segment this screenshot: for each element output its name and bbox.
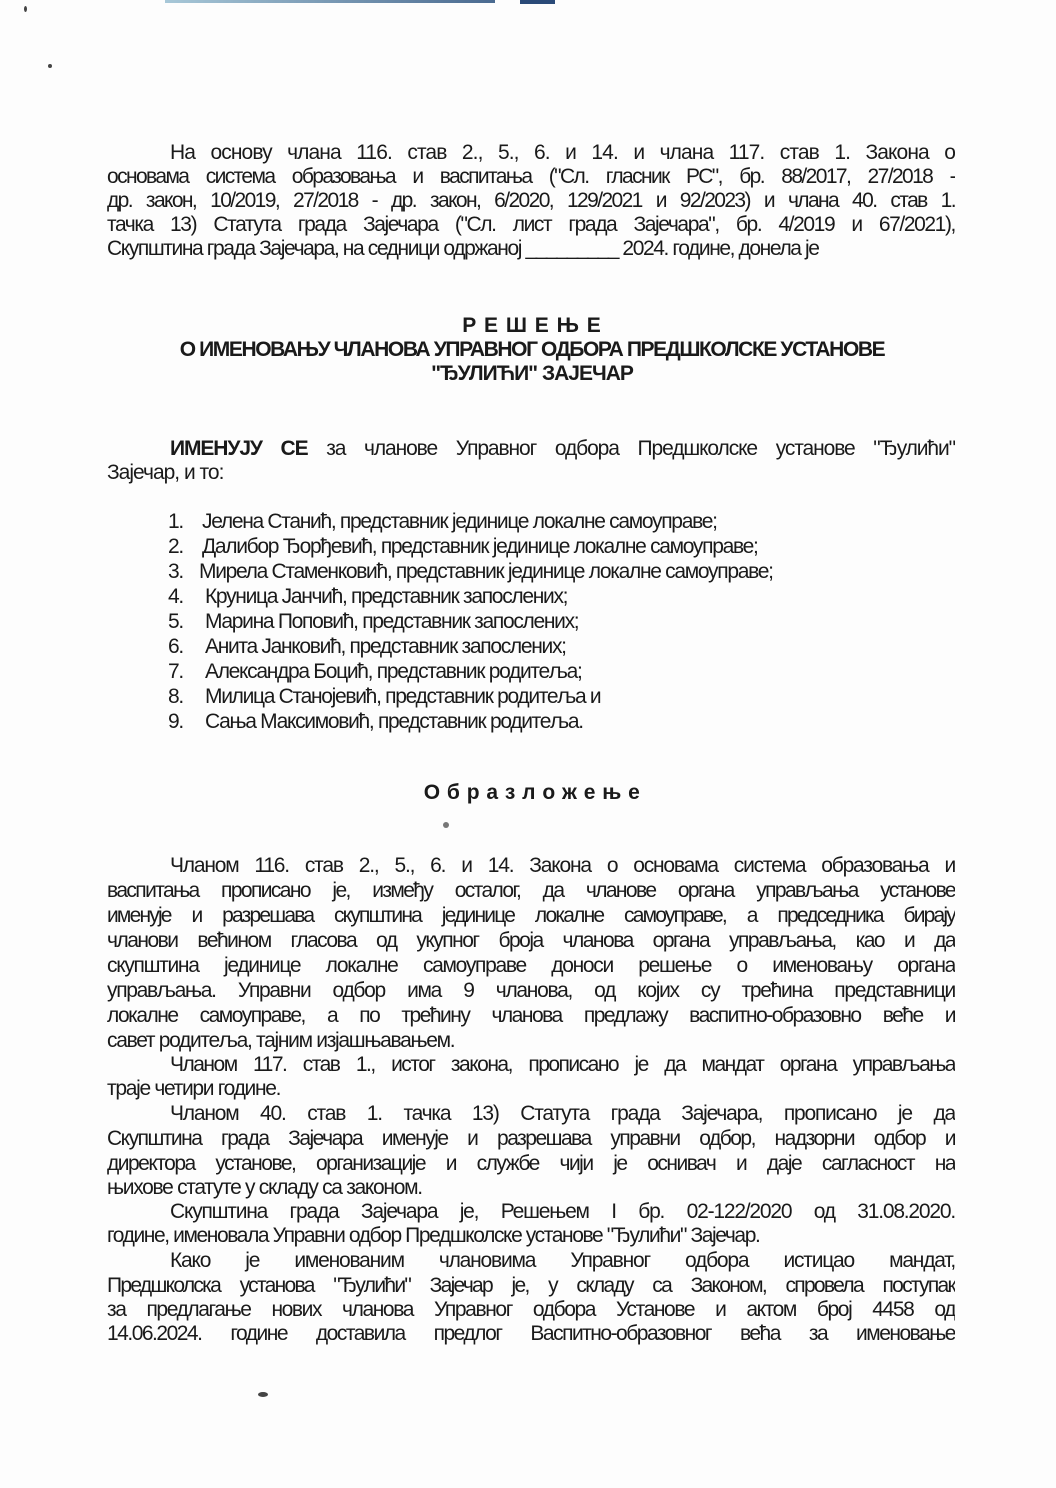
list-text: Анита Јанковић, представник запослених; (205, 635, 566, 658)
preamble-line: др. закон, 10/2019, 27/2018 - др. закон,… (107, 189, 955, 213)
explanation-line: Чланом 117. став 1., истог закона, пропи… (170, 1053, 955, 1077)
list-text: Милица Станојевић, представник родитеља … (205, 685, 600, 708)
list-number: 1. (168, 510, 202, 534)
explanation-line: Како је именованим члановима Управног од… (170, 1249, 955, 1273)
document-page: На основу члана 116. став 2., 5., 6. и 1… (0, 0, 1056, 1488)
list-item: 7.Александра Боцић, представник родитеља… (168, 660, 582, 684)
explanation-line: управљања. Управни одбор има 9 чланова, … (107, 979, 955, 1003)
list-item: 6.Анита Јанковић, представник запослених… (168, 635, 566, 659)
explanation-line: локалне самоуправе, а по трећину чланова… (107, 1004, 955, 1028)
explanation-line: Скупштина града Зајечара је, Решењем I б… (170, 1200, 955, 1224)
explanation-line: Скупштина града Зајечара именује и разре… (107, 1127, 955, 1151)
explanation-line: скупштина јединице локалне самоуправе до… (107, 954, 955, 978)
preamble-line: На основу члана 116. став 2., 5., 6. и 1… (170, 141, 955, 165)
list-number: 4. (168, 585, 205, 609)
explanation-line: директора установе, организације и служб… (107, 1152, 955, 1176)
explanation-line: савет родитеља, тајним изјашњавањем. (107, 1029, 454, 1053)
list-item: 4.Круница Јанчић, представник запослених… (168, 585, 567, 609)
explanation-line: именује и разрешава скупштина јединице л… (107, 904, 955, 928)
list-item: 3.Мирела Стаменковић, представник једини… (168, 560, 773, 584)
preamble-line: основама система образовања и васпитања … (107, 165, 955, 189)
list-text: Марина Поповић, представник запослених; (205, 610, 578, 633)
list-item: 9.Сања Максимовић, представник родитеља. (168, 710, 583, 734)
list-text: Мирела Стаменковић, представник јединице… (199, 560, 773, 583)
decision-text: за чланове Управног одбора Предшколске у… (326, 437, 955, 460)
explanation-heading: О б р а з л о ж е њ е (0, 781, 1056, 805)
scan-speck (443, 822, 449, 828)
decision-line: ИМЕНУЈУ СЕ за чланове Управног одбора Пр… (170, 437, 955, 461)
explanation-line: чланови већином гласова од укупног броја… (107, 929, 955, 953)
decision-line: Зајечар, и то: (107, 461, 223, 485)
preamble-line: тачка 13) Статута града Зајечара ("Сл. л… (107, 213, 955, 237)
list-text: Далибор Ђорђевић, представник јединице л… (202, 535, 758, 558)
explanation-line: године, именовала Управни одбор Предшкол… (107, 1224, 759, 1248)
scan-artifact-mark (520, 0, 555, 4)
list-item: 2.Далибор Ђорђевић, представник јединице… (168, 535, 758, 559)
list-number: 7. (168, 660, 205, 684)
list-item: 1.Јелена Станић, представник јединице ло… (168, 510, 717, 534)
document-subtitle: О ИМЕНОВАЊУ ЧЛАНОВА УПРАВНОГ ОДБОРА ПРЕД… (0, 338, 1056, 362)
list-number: 3. (168, 560, 199, 584)
list-number: 9. (168, 710, 205, 734)
decision-lead: ИМЕНУЈУ СЕ (170, 437, 308, 460)
list-number: 5. (168, 610, 205, 634)
document-heading: Р Е Ш Е Њ Е (0, 314, 1056, 338)
scan-speck (24, 6, 27, 12)
list-text: Александра Боцић, представник родитеља; (205, 660, 582, 683)
scan-speck (48, 64, 52, 68)
explanation-line: Чланом 40. став 1. тачка 13) Статута гра… (170, 1102, 955, 1126)
explanation-line: Предшколска установа "Ђулићи" Зајечар је… (107, 1274, 955, 1298)
list-number: 8. (168, 685, 205, 709)
list-text: Круница Јанчић, представник запослених; (205, 585, 567, 608)
list-text: Сања Максимовић, представник родитеља. (205, 710, 583, 733)
document-subtitle: "ЂУЛИЋИ" ЗАЈЕЧАР (0, 362, 1056, 386)
list-text: Јелена Станић, представник јединице лока… (202, 510, 717, 533)
scan-artifact-line (165, 0, 495, 3)
scan-speck (258, 1392, 268, 1397)
list-item: 8.Милица Станојевић, представник родитељ… (168, 685, 600, 709)
preamble-line: Скупштина града Зајечара, на седници одр… (107, 237, 819, 261)
list-item: 5.Марина Поповић, представник запослених… (168, 610, 578, 634)
explanation-line: 14.06.2024. године доставила предлог Вас… (107, 1322, 955, 1346)
explanation-line: Чланом 116. став 2., 5., 6. и 14. Закона… (170, 854, 955, 878)
explanation-line: траје четири године. (107, 1077, 280, 1101)
explanation-line: њихове статуте у складу са законом. (107, 1176, 422, 1200)
list-number: 2. (168, 535, 202, 559)
list-number: 6. (168, 635, 205, 659)
explanation-line: за предлагање нових чланова Управног одб… (107, 1298, 955, 1322)
explanation-line: васпитања прописано је, између осталог, … (107, 879, 955, 903)
